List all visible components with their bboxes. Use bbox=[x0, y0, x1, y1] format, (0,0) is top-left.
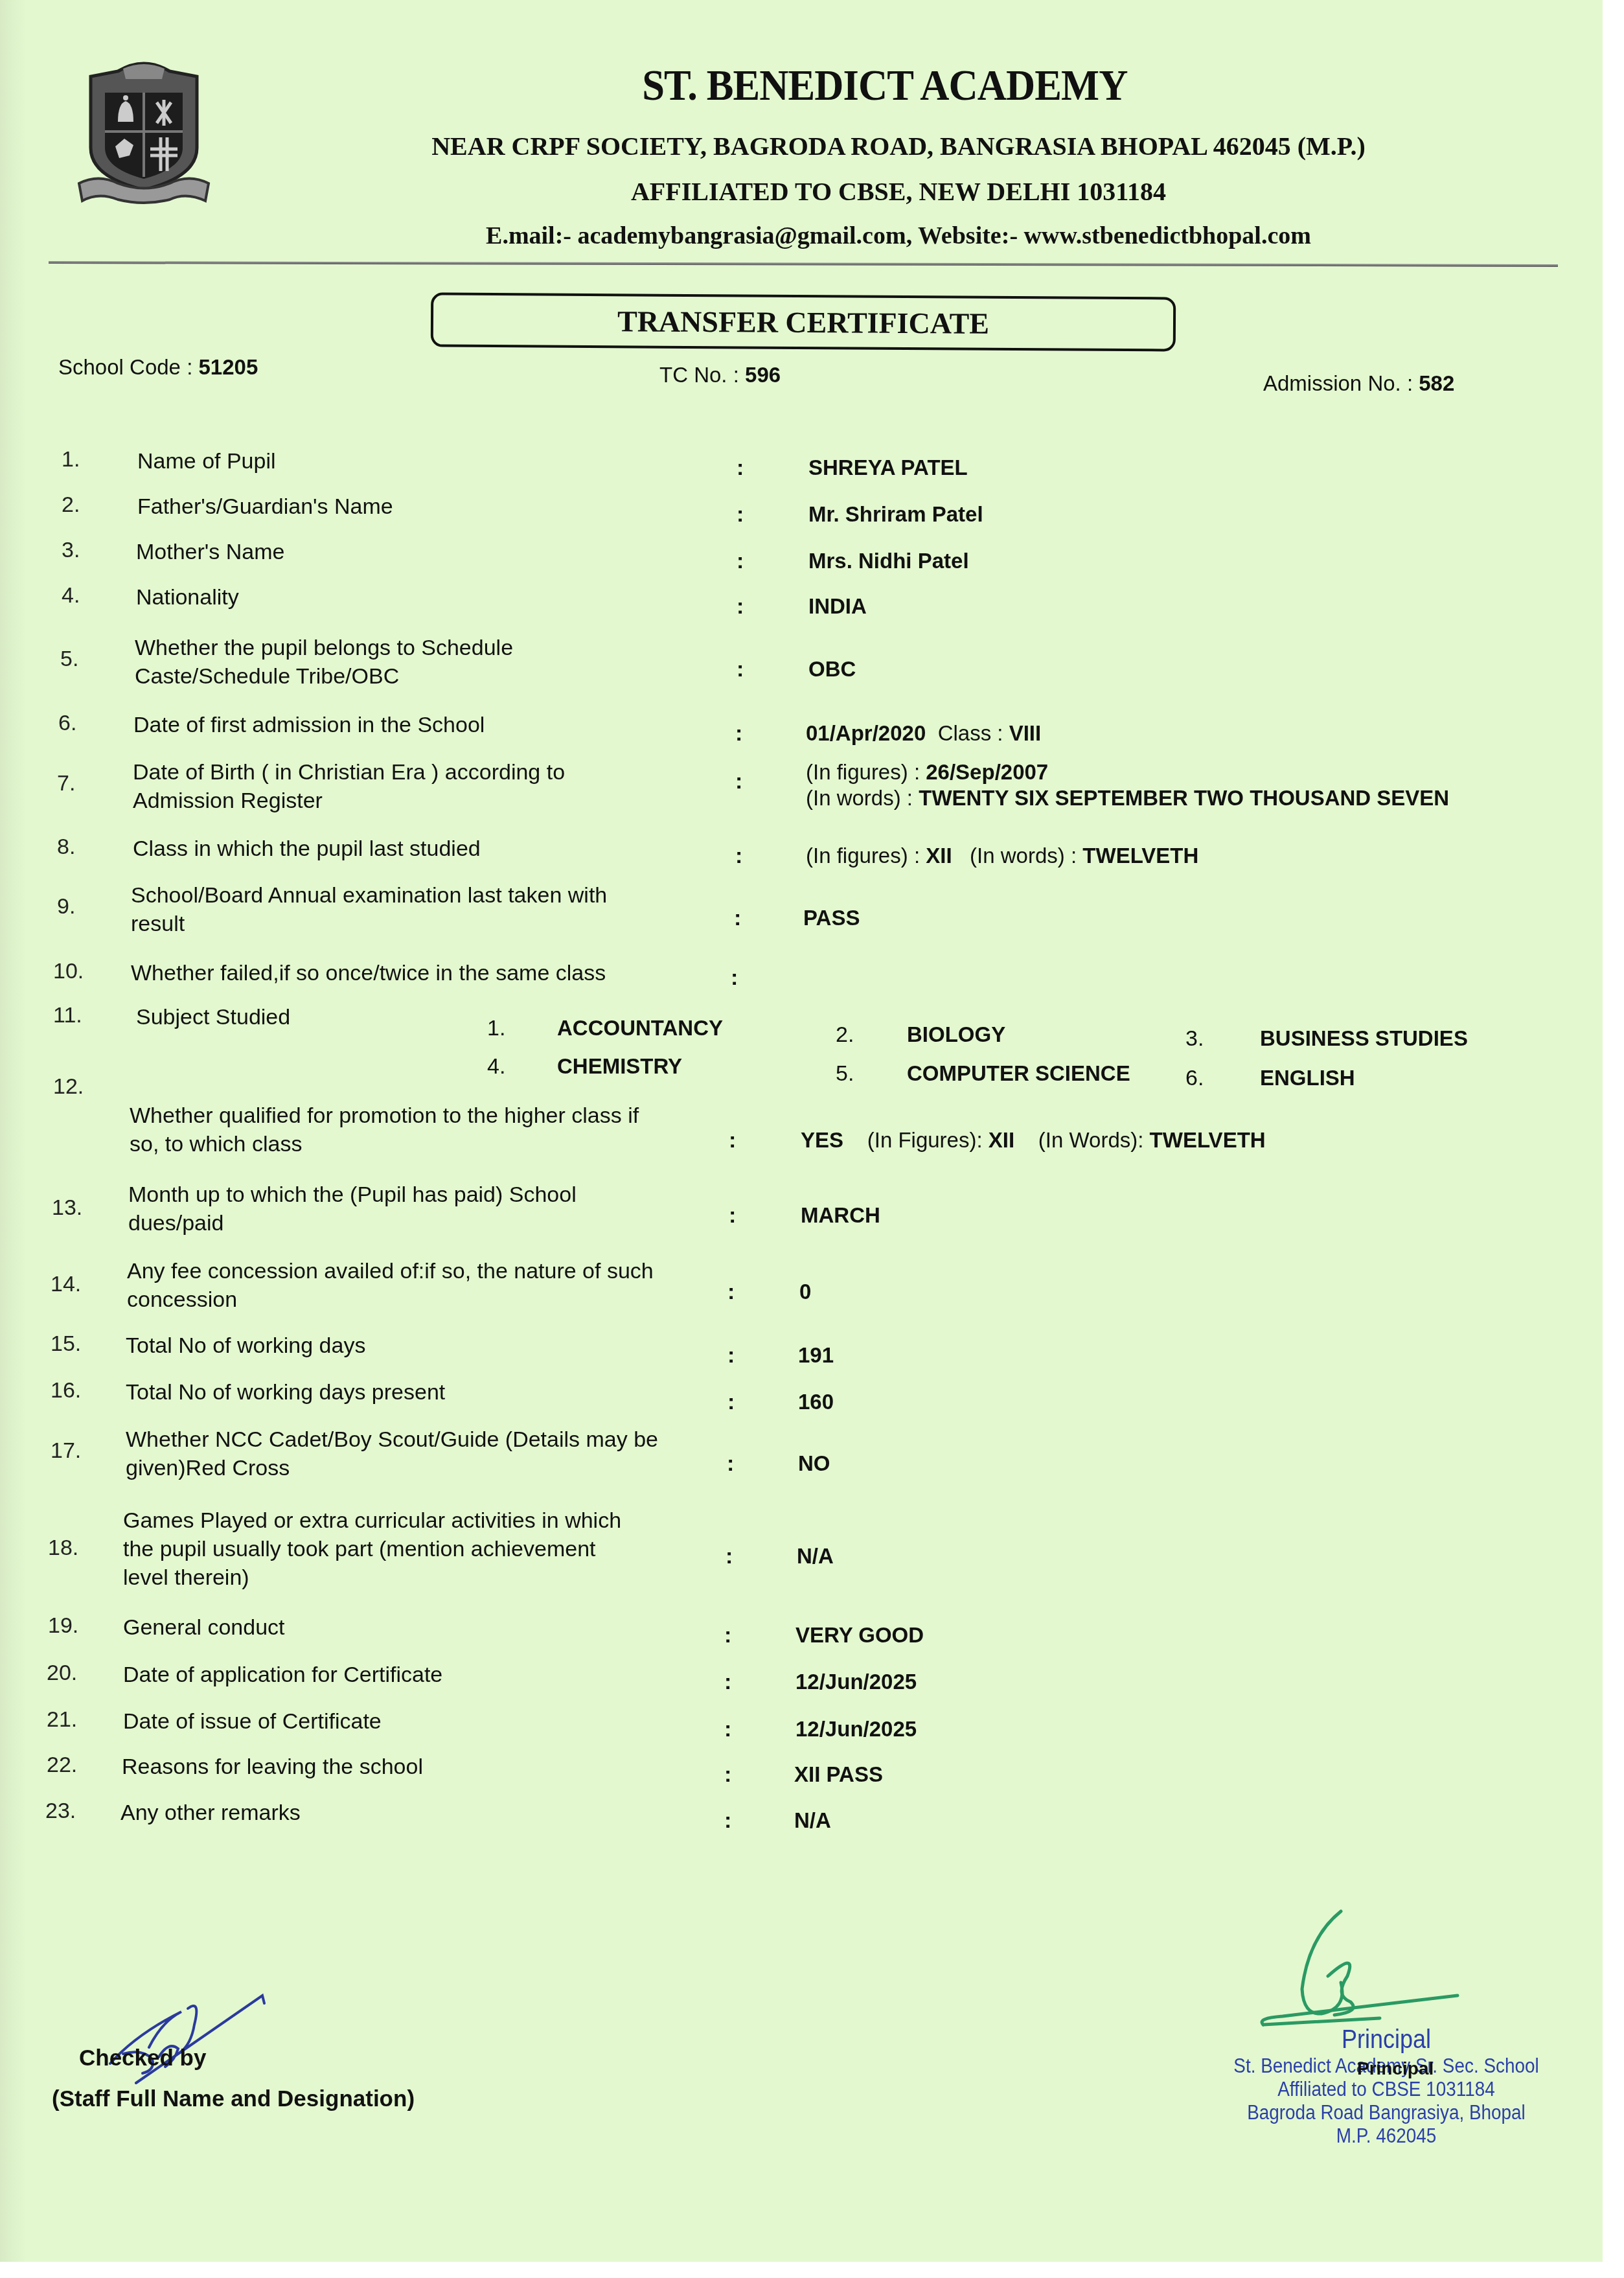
checked-by-label: Checked by bbox=[79, 2045, 206, 2071]
row-value: XII PASS bbox=[794, 1762, 883, 1787]
row-value: Mr. Shriram Patel bbox=[808, 502, 983, 527]
row-colon: : bbox=[737, 657, 744, 682]
header-divider bbox=[49, 261, 1558, 267]
row-number: 13. bbox=[52, 1195, 82, 1221]
row-label: Father's/Guardian's Name bbox=[137, 492, 393, 521]
row-label: Admission Register bbox=[133, 787, 323, 815]
row-colon: : bbox=[737, 502, 744, 527]
subject-number: 6. bbox=[1185, 1066, 1204, 1091]
subject-name: BIOLOGY bbox=[907, 1022, 1005, 1047]
stamp-line: M.P. 462045 bbox=[1223, 2124, 1550, 2148]
figures-label: (In Figures): bbox=[867, 1128, 983, 1152]
row-label: the pupil usually took part (mention ach… bbox=[123, 1535, 596, 1563]
row-number: 1. bbox=[62, 447, 80, 472]
row-value: MARCH bbox=[801, 1203, 880, 1228]
row-number: 8. bbox=[57, 834, 75, 860]
value-text: 12/Jun/2025 bbox=[795, 1670, 917, 1694]
value-text: 12/Jun/2025 bbox=[795, 1717, 917, 1741]
row-colon: : bbox=[729, 1203, 736, 1228]
row-label: Reasons for leaving the school bbox=[122, 1753, 423, 1781]
words-label: (In Words): bbox=[1038, 1128, 1144, 1152]
row-number: 21. bbox=[47, 1707, 77, 1732]
value-text: PASS bbox=[803, 906, 860, 930]
staff-signature-icon bbox=[97, 1976, 272, 2093]
tc-number-value: 596 bbox=[745, 363, 781, 387]
row-label: Any other remarks bbox=[120, 1799, 301, 1827]
class-last-studied: (In figures) : XII (In words) : TWELVETH bbox=[806, 844, 1198, 868]
row-label: Month up to which the (Pupil has paid) S… bbox=[128, 1180, 577, 1209]
row-label: level therein) bbox=[123, 1563, 249, 1592]
figures-label: (In figures) : bbox=[806, 760, 920, 784]
value-text: 01/Apr/2020 bbox=[806, 721, 926, 745]
words-label: (In words) : bbox=[806, 786, 913, 810]
row-number: 20. bbox=[47, 1661, 77, 1686]
email-label: E.mail:- bbox=[486, 222, 571, 249]
value-text: Mrs. Nidhi Patel bbox=[808, 549, 969, 573]
row-number: 7. bbox=[57, 771, 75, 796]
value-text: 191 bbox=[798, 1343, 834, 1367]
principal-label: Principal bbox=[1357, 2058, 1434, 2079]
row-colon: : bbox=[737, 549, 744, 574]
value-text: YES bbox=[801, 1128, 843, 1152]
value-text: NO bbox=[798, 1451, 830, 1475]
row-value: SHREYA PATEL bbox=[808, 455, 968, 480]
row-label: so, to which class bbox=[130, 1130, 302, 1158]
school-code: School Code : 51205 bbox=[58, 355, 258, 380]
certificate-page: ST. BENEDICT ACADEMY NEAR CRPF SOCIETY, … bbox=[0, 0, 1603, 2262]
website-label: Website:- bbox=[918, 222, 1018, 249]
row-value: VERY GOOD bbox=[795, 1623, 924, 1648]
value-text: Mr. Shriram Patel bbox=[808, 502, 983, 526]
row-colon: : bbox=[731, 965, 738, 991]
principal-signature-icon bbox=[1244, 1898, 1464, 2041]
admission-number: Admission No. : 582 bbox=[1263, 371, 1454, 396]
subject-name: CHEMISTRY bbox=[557, 1054, 682, 1079]
tc-number: TC No. : 596 bbox=[659, 363, 781, 387]
subject-number: 4. bbox=[487, 1054, 505, 1079]
row-value: 160 bbox=[798, 1390, 834, 1414]
value-text: OBC bbox=[808, 657, 856, 681]
subject-number: 2. bbox=[836, 1022, 854, 1048]
row-label: Whether NCC Cadet/Boy Scout/Guide (Detai… bbox=[126, 1425, 658, 1454]
row-value: YES (In Figures): XII (In Words): TWELVE… bbox=[801, 1128, 1266, 1153]
row-colon: : bbox=[735, 844, 742, 869]
row-label: Class in which the pupil last studied bbox=[133, 834, 481, 863]
row-number: 9. bbox=[57, 894, 75, 919]
row-label: Whether the pupil belongs to Schedule bbox=[135, 634, 513, 662]
row-number: 5. bbox=[60, 647, 78, 672]
row-label: Date of application for Certificate bbox=[123, 1661, 442, 1689]
row-label: Name of Pupil bbox=[137, 447, 276, 476]
row-number: 17. bbox=[51, 1438, 81, 1464]
figures-value: XII bbox=[926, 844, 952, 868]
row-label: Caste/Schedule Tribe/OBC bbox=[135, 662, 399, 691]
row-colon: : bbox=[724, 1808, 731, 1834]
row-value: N/A bbox=[797, 1544, 834, 1569]
school-code-value: 51205 bbox=[198, 355, 258, 379]
row-value: 12/Jun/2025 bbox=[795, 1717, 917, 1742]
row-number: 6. bbox=[58, 711, 76, 736]
row-number: 11. bbox=[53, 1003, 82, 1028]
row-colon: : bbox=[729, 1128, 736, 1153]
value-text: 0 bbox=[799, 1280, 811, 1304]
school-contact: E.mail:- academybangrasia@gmail.com, Web… bbox=[0, 222, 1603, 250]
row-colon: : bbox=[735, 721, 742, 746]
row-value: 191 bbox=[798, 1343, 834, 1368]
row-label: Total No of working days bbox=[126, 1331, 365, 1360]
figures-label: (In figures) : bbox=[806, 844, 920, 868]
row-value: 01/Apr/2020 Class : VIII bbox=[806, 721, 1041, 746]
principal-stamp: Principal St. Benedict Academy Sr. Sec. … bbox=[1223, 2025, 1550, 2148]
stamp-line: Bagroda Road Bangrasiya, Bhopal bbox=[1223, 2101, 1550, 2124]
row-number: 4. bbox=[62, 583, 80, 608]
row-label: Date of first admission in the School bbox=[133, 711, 485, 739]
value-text: 160 bbox=[798, 1390, 834, 1414]
row-number: 2. bbox=[62, 492, 80, 518]
row-colon: : bbox=[724, 1670, 731, 1695]
row-label: Date of issue of Certificate bbox=[123, 1707, 382, 1736]
class-label: Class : bbox=[938, 721, 1003, 745]
words-value: TWELVETH bbox=[1150, 1128, 1266, 1152]
dob-figures: (In figures) : 26/Sep/2007 bbox=[806, 760, 1048, 785]
words-label: (In words) : bbox=[970, 844, 1077, 868]
row-colon: : bbox=[734, 906, 741, 931]
row-label: Total No of working days present bbox=[126, 1378, 445, 1407]
row-label: Nationality bbox=[136, 583, 239, 612]
subject-number: 5. bbox=[836, 1061, 854, 1087]
row-colon: : bbox=[735, 769, 742, 794]
subject-name: ENGLISH bbox=[1260, 1066, 1355, 1090]
row-colon: : bbox=[727, 1280, 735, 1305]
row-value: 0 bbox=[799, 1280, 811, 1304]
row-number: 15. bbox=[51, 1331, 81, 1357]
row-value: PASS bbox=[803, 906, 860, 930]
value-text: N/A bbox=[797, 1544, 834, 1568]
figures-value: XII bbox=[989, 1128, 1014, 1152]
certificate-title: TRANSFER CERTIFICATE bbox=[431, 292, 1176, 351]
value-text: SHREYA PATEL bbox=[808, 455, 968, 479]
dob-words: (In words) : TWENTY SIX SEPTEMBER TWO TH… bbox=[806, 786, 1449, 811]
subject-name: BUSINESS STUDIES bbox=[1260, 1026, 1468, 1051]
value-text: INDIA bbox=[808, 594, 867, 618]
row-value: OBC bbox=[808, 657, 856, 682]
subject-name: ACCOUNTANCY bbox=[557, 1016, 723, 1041]
row-number: 10. bbox=[53, 959, 84, 984]
school-affiliation: AFFILIATED TO CBSE, NEW DELHI 1031184 bbox=[0, 176, 1603, 207]
row-label: Games Played or extra curricular activit… bbox=[123, 1506, 621, 1535]
row-label: Whether failed,if so once/twice in the s… bbox=[131, 959, 606, 987]
row-label: General conduct bbox=[123, 1613, 285, 1642]
value-text: N/A bbox=[794, 1808, 831, 1832]
row-number: 23. bbox=[45, 1799, 76, 1824]
row-number: 12. bbox=[53, 1074, 84, 1099]
row-value: N/A bbox=[794, 1808, 831, 1833]
row-label: School/Board Annual examination last tak… bbox=[131, 881, 607, 910]
row-number: 3. bbox=[62, 538, 80, 563]
row-value: 12/Jun/2025 bbox=[795, 1670, 917, 1694]
school-address: NEAR CRPF SOCIETY, BAGRODA ROAD, BANGRAS… bbox=[0, 131, 1603, 161]
row-colon: : bbox=[724, 1623, 731, 1648]
row-label: Whether qualified for promotion to the h… bbox=[130, 1101, 639, 1130]
school-website: www.stbenedictbhopal.com bbox=[1024, 222, 1311, 249]
row-value: NO bbox=[798, 1451, 830, 1476]
row-number: 14. bbox=[51, 1272, 81, 1297]
row-number: 22. bbox=[47, 1753, 77, 1778]
row-colon: : bbox=[737, 455, 744, 481]
row-number: 18. bbox=[48, 1536, 78, 1561]
row-number: 19. bbox=[48, 1613, 78, 1639]
figures-value: 26/Sep/2007 bbox=[926, 760, 1048, 784]
row-label: Mother's Name bbox=[136, 538, 284, 566]
subject-number: 1. bbox=[487, 1016, 505, 1041]
row-colon: : bbox=[727, 1390, 735, 1415]
value-text: VERY GOOD bbox=[795, 1623, 924, 1647]
row-label: Date of Birth ( in Christian Era ) accor… bbox=[133, 758, 565, 787]
class-value: VIII bbox=[1009, 721, 1042, 745]
staff-designation-note: (Staff Full Name and Designation) bbox=[52, 2086, 415, 2112]
row-value: Mrs. Nidhi Patel bbox=[808, 549, 969, 573]
admission-number-value: 582 bbox=[1419, 371, 1454, 395]
words-value: TWENTY SIX SEPTEMBER TWO THOUSAND SEVEN bbox=[919, 786, 1449, 810]
row-label: result bbox=[131, 910, 185, 938]
subject-number: 3. bbox=[1185, 1026, 1204, 1052]
row-value: INDIA bbox=[808, 594, 867, 619]
value-text: MARCH bbox=[801, 1203, 880, 1227]
row-number: 16. bbox=[51, 1378, 81, 1403]
words-value: TWELVETH bbox=[1082, 844, 1198, 868]
row-colon: : bbox=[724, 1717, 731, 1742]
row-colon: : bbox=[727, 1343, 735, 1368]
row-label: Subject Studied bbox=[136, 1003, 290, 1031]
row-colon: : bbox=[726, 1544, 733, 1569]
school-email: academybangrasia@gmail.com, bbox=[578, 222, 913, 249]
subject-name: COMPUTER SCIENCE bbox=[907, 1061, 1130, 1086]
row-colon: : bbox=[724, 1762, 731, 1788]
row-label: given)Red Cross bbox=[126, 1454, 290, 1482]
school-name: ST. BENEDICT ACADEMY bbox=[64, 60, 1538, 111]
row-colon: : bbox=[727, 1451, 734, 1477]
row-label: Any fee concession availed of:if so, the… bbox=[127, 1257, 654, 1285]
row-colon: : bbox=[737, 594, 744, 619]
stamp-title: Principal bbox=[1223, 2025, 1550, 2054]
value-text: XII PASS bbox=[794, 1762, 883, 1786]
stamp-line: Affiliated to CBSE 1031184 bbox=[1223, 2078, 1550, 2101]
row-label: concession bbox=[127, 1285, 237, 1314]
row-label: dues/paid bbox=[128, 1209, 223, 1237]
